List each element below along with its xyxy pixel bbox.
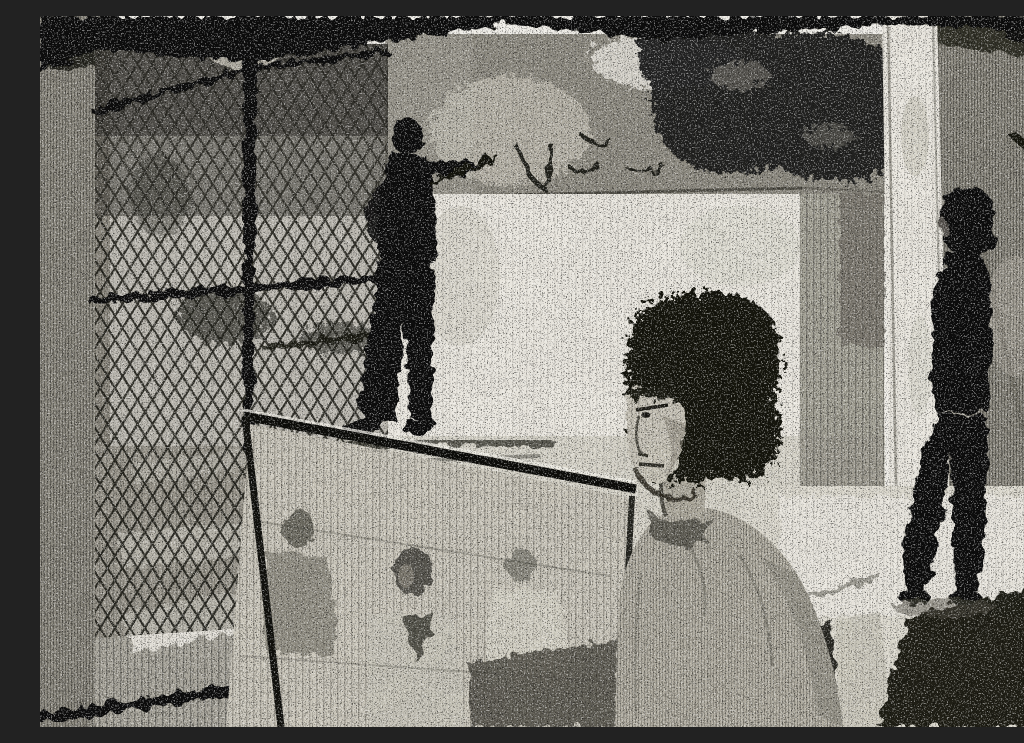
halftone-photograph (40, 16, 1024, 727)
photo-canvas (40, 16, 1024, 727)
grain-overlay (40, 16, 1024, 727)
grain-light-speckle (40, 16, 1024, 727)
